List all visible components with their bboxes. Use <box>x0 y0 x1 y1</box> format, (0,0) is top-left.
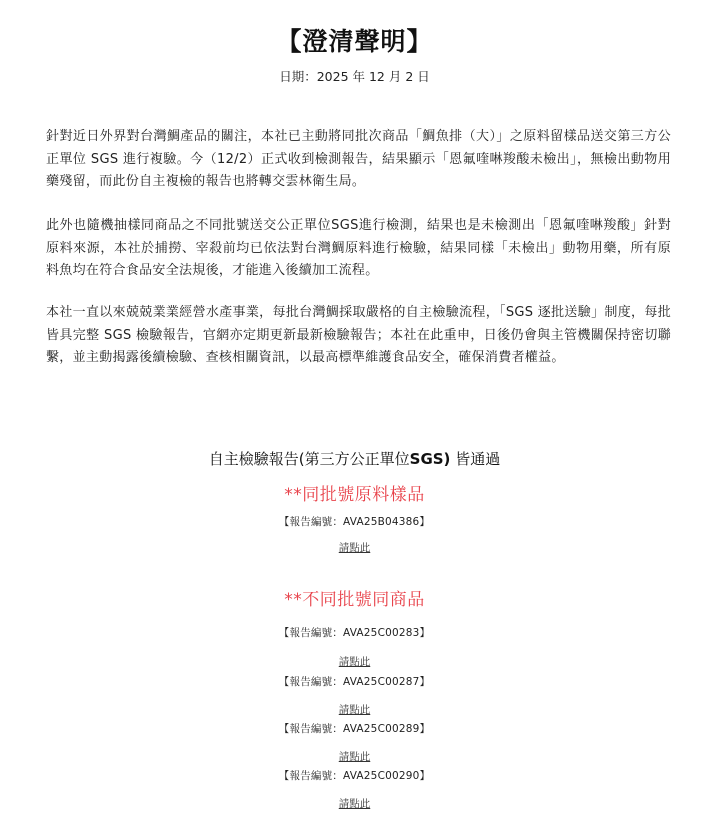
report-number: 【報告編號：AVA25B04386】 <box>0 514 709 529</box>
page-title: 【澄清聲明】 <box>0 22 709 58</box>
report-link[interactable]: 請點此 <box>339 656 371 668</box>
paragraph-2: 此外也隨機抽樣同商品之不同批號送交公正單位SGS進行檢測，結果也是未檢測出「恩氟… <box>46 215 671 283</box>
report-link[interactable]: 請點此 <box>339 798 371 810</box>
paragraph-1: 針對近日外界對台灣鯛產品的關注，本社已主動將同批次商品「鯛魚排（大）」之原料留樣… <box>46 126 671 194</box>
report-number: 【報告編號：AVA25C00287】 <box>0 674 709 689</box>
clarification-statement-page: 【澄清聲明】 日期：2025 年 12 月 2 日 針對近日外界對台灣鯛產品的關… <box>0 0 709 827</box>
heading-prefix: 自主檢驗報告(第三方公正單位 <box>209 450 410 468</box>
report-number: 【報告編號：AVA25C00283】 <box>0 625 709 640</box>
group-heading-different-batch: **不同批號同商品 <box>0 585 709 610</box>
reports-section-heading: 自主檢驗報告(第三方公正單位SGS) 皆通過 <box>0 448 709 469</box>
report-number: 【報告編號：AVA25C00290】 <box>0 768 709 783</box>
report-link[interactable]: 請點此 <box>339 751 371 763</box>
heading-suffix: 皆通過 <box>450 450 500 468</box>
statement-date: 日期：2025 年 12 月 2 日 <box>0 67 709 85</box>
paragraph-3: 本社一直以來兢兢業業經營水產事業，每批台灣鯛採取嚴格的自主檢驗流程，「SGS 逐… <box>46 302 671 370</box>
heading-bold: SGS) <box>410 450 451 468</box>
report-number: 【報告編號：AVA25C00289】 <box>0 721 709 736</box>
report-link[interactable]: 請點此 <box>339 542 371 554</box>
report-link[interactable]: 請點此 <box>339 704 371 716</box>
group-heading-same-batch: **同批號原料樣品 <box>0 480 709 505</box>
